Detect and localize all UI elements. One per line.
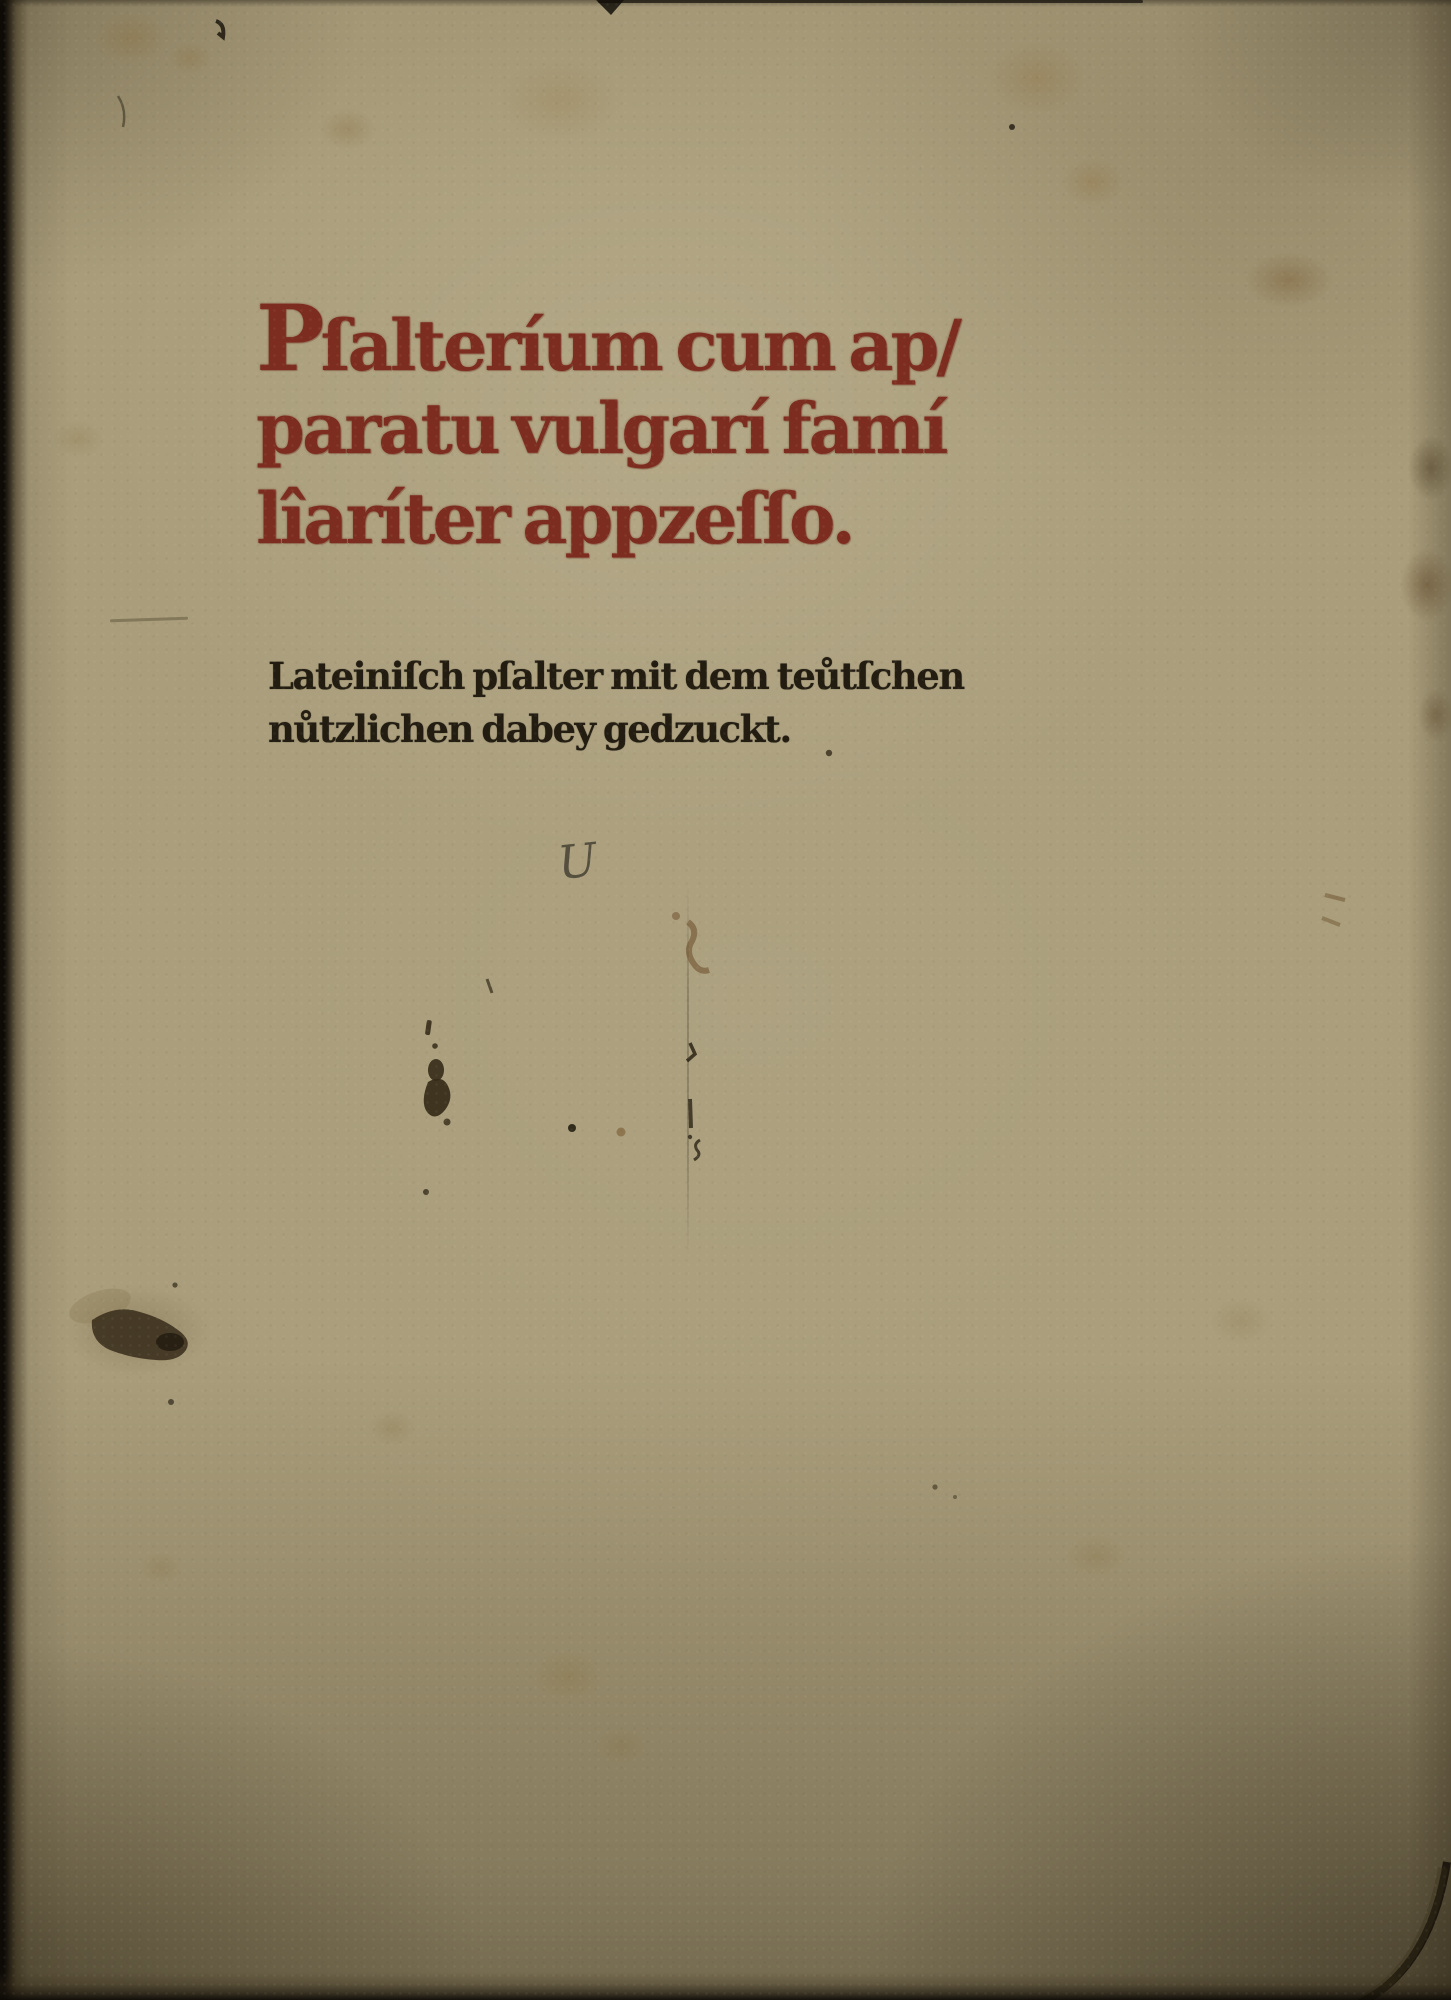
foxing-stain xyxy=(318,108,376,150)
ink-speck xyxy=(216,21,223,37)
paper-crease xyxy=(110,617,188,623)
title-line-2: paratu vulgarí famí xyxy=(256,384,996,474)
ink-speck xyxy=(444,1119,451,1126)
title-line-1: Pſalteríum cum ap/ xyxy=(256,294,996,384)
ink-blot xyxy=(425,1080,451,1114)
ink-speck xyxy=(568,1124,576,1132)
ink-blot xyxy=(92,1309,188,1360)
foxing-stain xyxy=(595,1728,647,1764)
top-edge-line xyxy=(598,0,1143,3)
ink-blot xyxy=(428,1059,444,1081)
ink-speck xyxy=(932,1484,937,1489)
foxing-stain xyxy=(168,42,212,74)
foxing-stain xyxy=(140,1552,182,1584)
handwritten-u-mark: U xyxy=(555,832,599,890)
foxing-stain xyxy=(95,12,167,64)
ink-blot-halo xyxy=(62,1285,212,1377)
rust-speck xyxy=(672,912,680,920)
scanned-page: Pſalteríum cum ap/ paratu vulgarí famí l… xyxy=(0,0,1451,2000)
foxing-stain xyxy=(52,420,104,458)
paper-crease xyxy=(687,880,689,1260)
foxing-stain xyxy=(1400,548,1451,622)
ink-dash xyxy=(690,1099,691,1128)
foxing-stain xyxy=(1065,1535,1127,1577)
rust-dash xyxy=(1322,918,1340,925)
ink-speck xyxy=(1009,124,1015,130)
bottom-edge-shadow xyxy=(0,1972,1451,2000)
ink-speck xyxy=(432,1043,438,1049)
ink-speck xyxy=(172,1282,177,1287)
title-line-3: lîaríter appzeſſo. xyxy=(256,474,996,564)
rust-dash xyxy=(1325,895,1345,900)
foxing-stain xyxy=(1210,1298,1272,1344)
ink-blot-halo xyxy=(65,1282,135,1330)
ink-speck xyxy=(168,1399,174,1405)
title-block: Pſalteríum cum ap/ paratu vulgarí famí l… xyxy=(256,294,996,564)
rust-speck xyxy=(617,1128,626,1137)
ink-dash xyxy=(425,1020,432,1036)
foxing-stain xyxy=(532,1650,604,1702)
rust-stain xyxy=(688,922,709,971)
ink-speck xyxy=(953,1495,957,1499)
foxing-stain xyxy=(368,1410,416,1446)
foxing-stain xyxy=(1408,435,1451,501)
imprint-note-block: Lateiniſch pſalter mit dem teůtſchen nůt… xyxy=(268,650,968,756)
ink-blot xyxy=(424,1079,451,1117)
foxing-stain xyxy=(498,58,623,143)
ink-speck xyxy=(487,979,492,993)
binding-edge-shadow xyxy=(0,0,28,2000)
imprint-line-2: nůtzlichen dabey gedzuckt. xyxy=(268,703,968,756)
ink-speck xyxy=(423,1189,429,1195)
foxing-stain xyxy=(1062,158,1124,206)
imprint-line-1: Lateiniſch pſalter mit dem teůtſchen xyxy=(268,650,968,703)
foxing-stain xyxy=(1418,688,1451,742)
foxing-stain xyxy=(990,42,1085,114)
ink-blot xyxy=(156,1333,184,1351)
foxing-stain xyxy=(1245,252,1333,308)
hairline-mark xyxy=(118,96,124,127)
ink-squiggle xyxy=(694,1140,700,1160)
